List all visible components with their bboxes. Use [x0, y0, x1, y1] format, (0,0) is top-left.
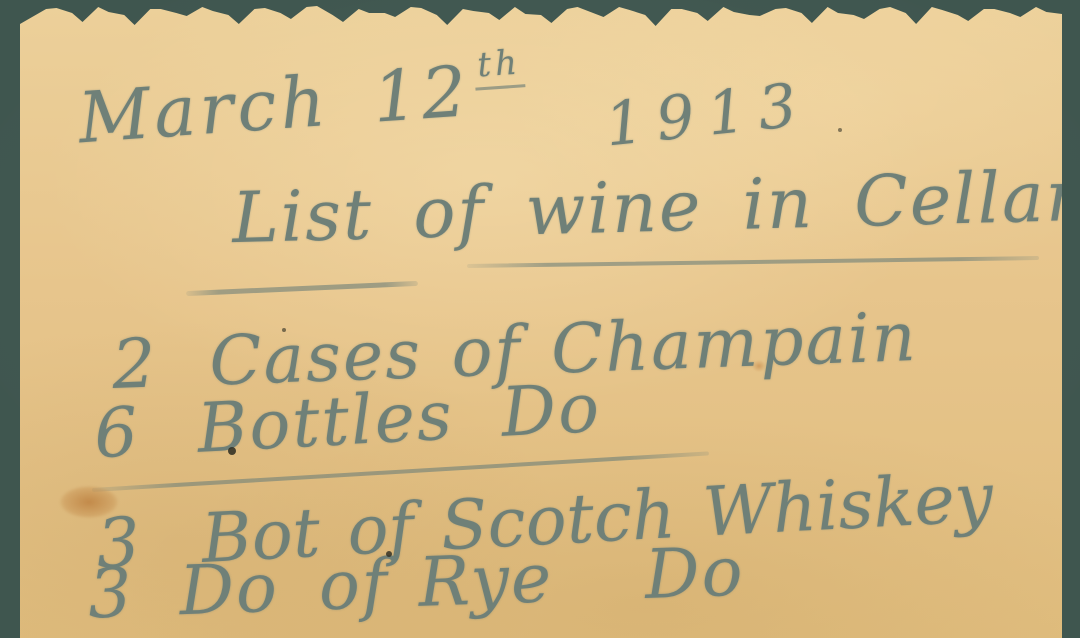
ditto-mark: Do: [644, 533, 746, 615]
entry-quantity: 3: [87, 554, 135, 635]
ink-speck: [228, 447, 236, 455]
ink-speck: [838, 128, 842, 132]
title-underline: [467, 256, 1039, 268]
date-ordinal-suffix: th: [473, 42, 526, 90]
date-line: March 12th: [76, 47, 523, 160]
torn-paper-note: March 12th 1913 List of wine in Cellar 2…: [20, 0, 1062, 638]
entry-item-text-2: of Rye: [317, 539, 554, 626]
entry-item-text: Bottles: [195, 376, 455, 468]
title-underline-second: [186, 281, 418, 296]
entry-quantity: 6: [92, 393, 141, 474]
note-title: List of wine in Cellar: [231, 155, 1080, 259]
photo-mat-background: March 12th 1913 List of wine in Cellar 2…: [0, 0, 1080, 638]
paper-stain-small: [752, 360, 766, 372]
entry-item-text: Do: [178, 549, 280, 631]
ink-speck: [386, 551, 392, 557]
ditto-mark: Do: [499, 369, 602, 453]
ink-speck: [282, 328, 286, 332]
date-year: 1913: [602, 69, 813, 160]
date-day: March 12: [76, 50, 473, 159]
paper-stain: [60, 486, 118, 518]
